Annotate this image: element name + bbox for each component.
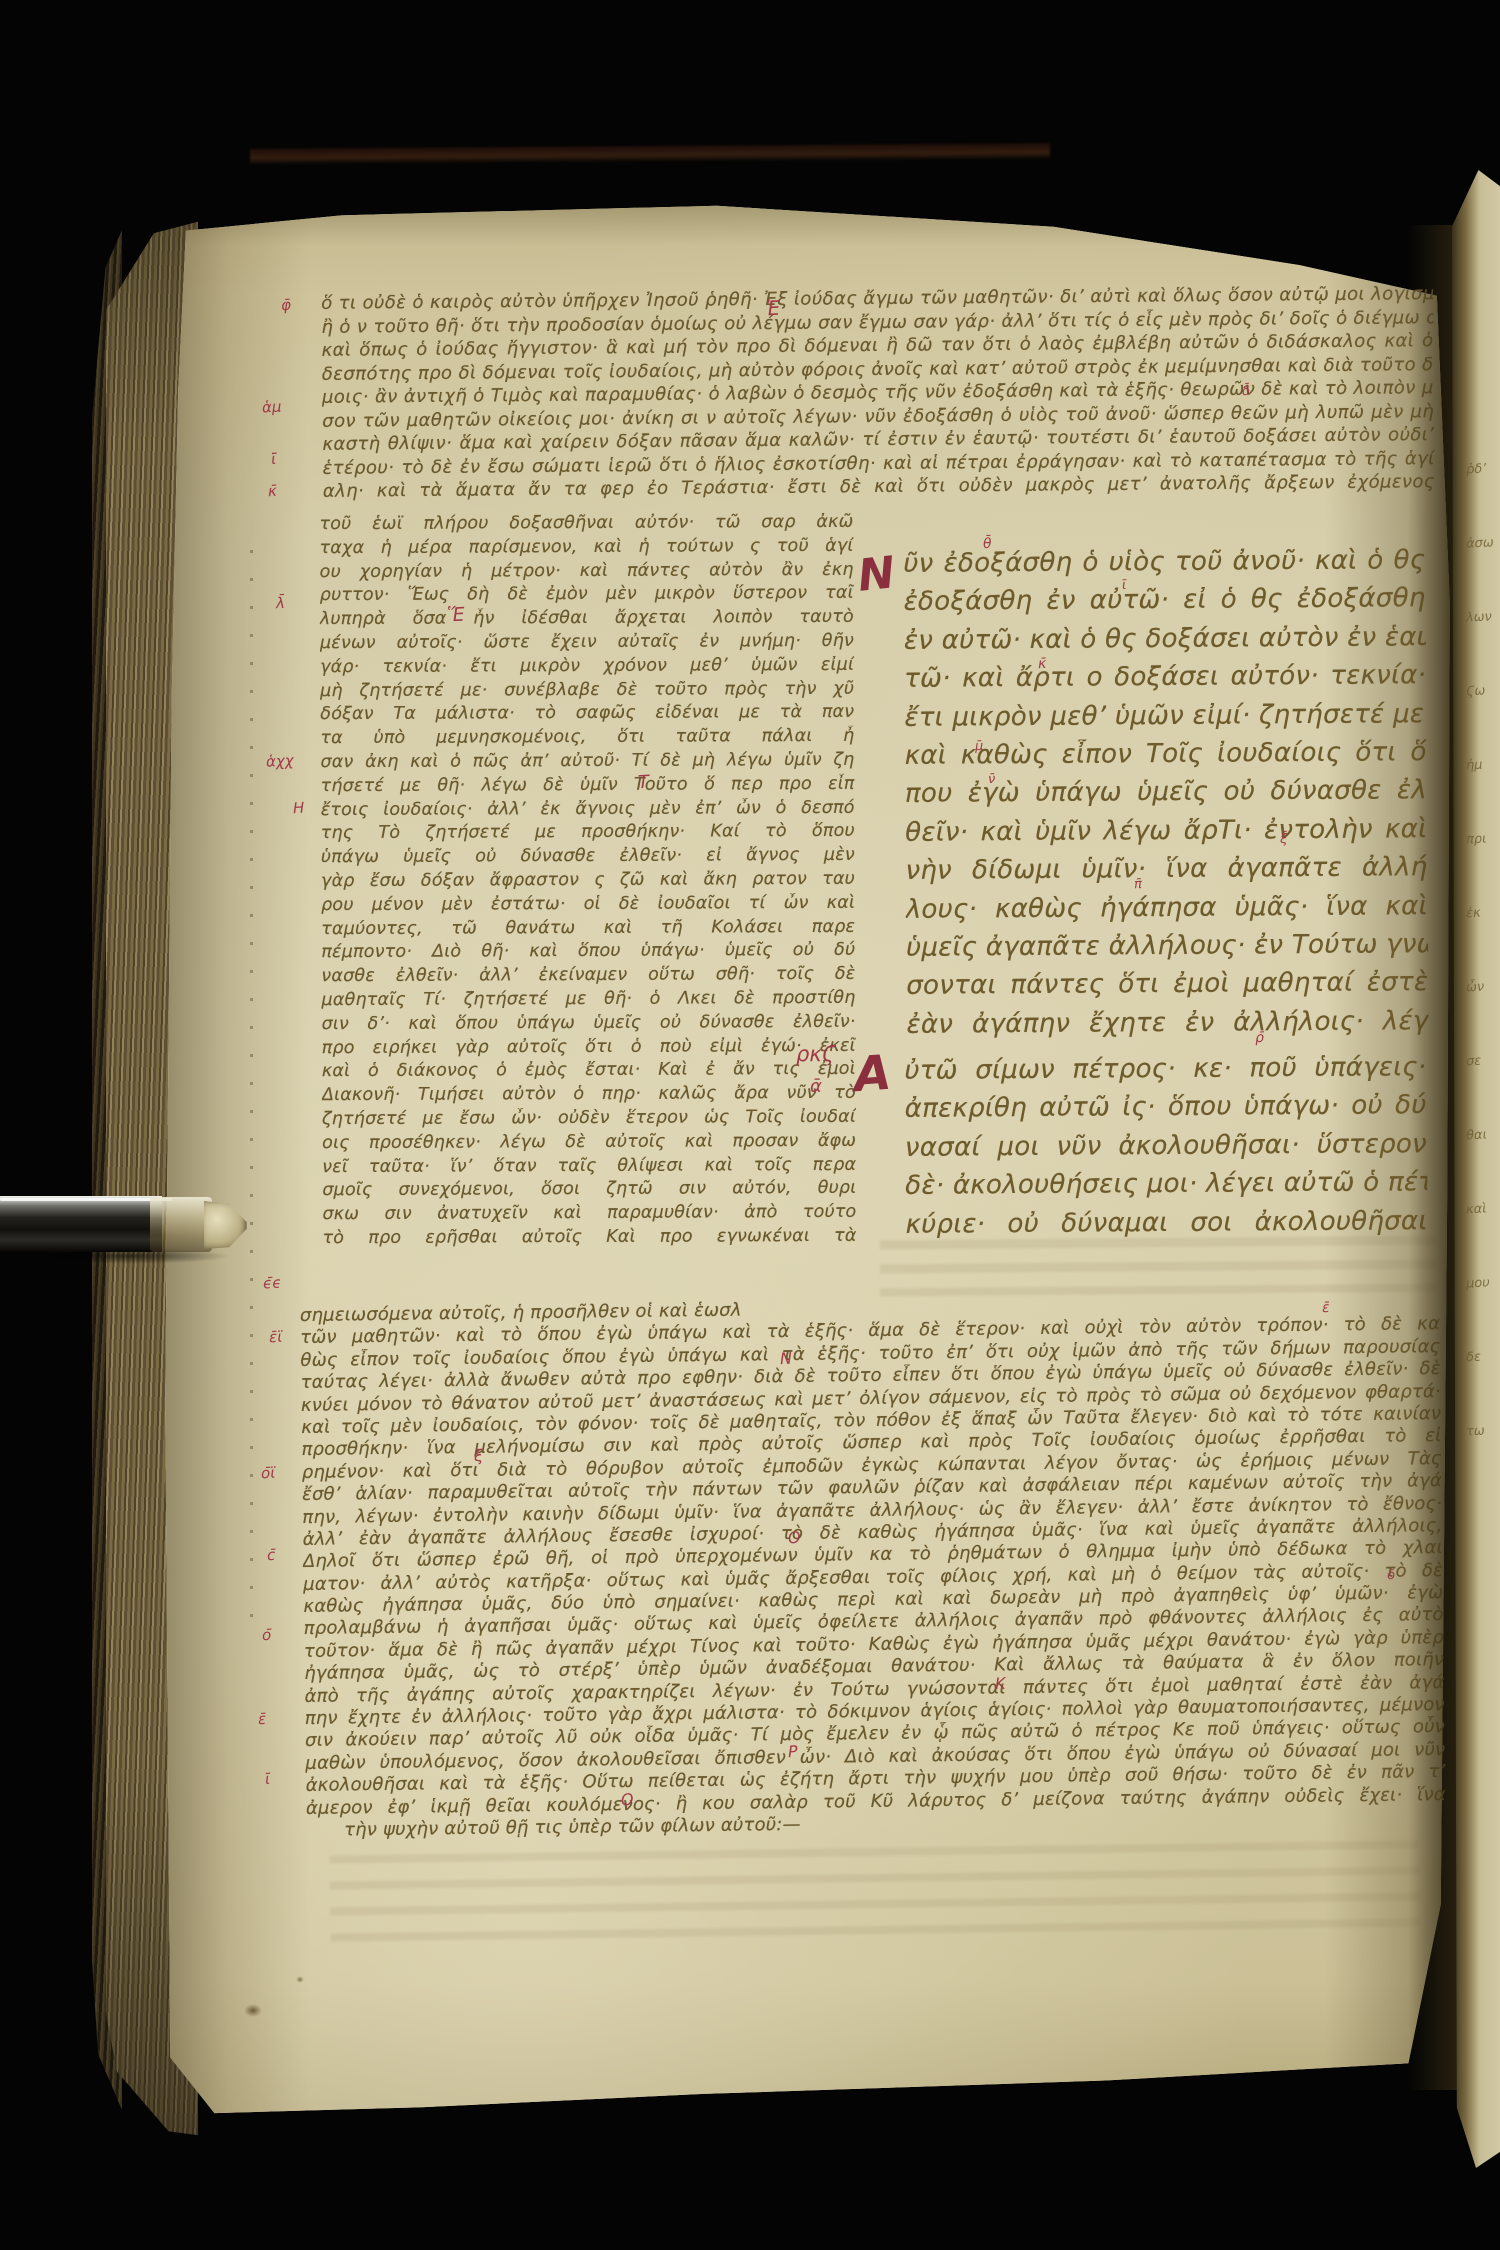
edge-text-fragment: ἀσω bbox=[1466, 535, 1494, 551]
edge-text-fragment: σε bbox=[1466, 1054, 1482, 1070]
text-line: προ ειρήκει γὰρ αὐτοῖς ὅτι ὁ ποὺ εἰμὶ ἐγ… bbox=[322, 1035, 856, 1061]
text-line: σκω σιν ἀνατυχεῖν καὶ παραμυθίαν· ἀπὸ το… bbox=[322, 1202, 856, 1228]
rubric-mark: Ν bbox=[780, 1349, 793, 1369]
bleedthrough-ghost-bottom bbox=[329, 1840, 1420, 1947]
text-line: τοῦ ἑωϊ πλήρου δοξασθῆναι αὐτόν· τῶ σαρ … bbox=[319, 512, 853, 538]
text-line: μένων αὐτοῖς· ὥστε ἔχειν αὐταῖς ἐν μνήμη… bbox=[320, 631, 854, 657]
page-top-shade bbox=[160, 200, 1455, 246]
text-line: νεῖ ταῦτα· ἵν’ ὅταν ταῖς θλίψεσι καὶ τοῖ… bbox=[322, 1154, 856, 1180]
rubric-mark: λ̄ bbox=[276, 594, 286, 612]
bleedthrough-ghost-mid bbox=[880, 1236, 1440, 1297]
text-line: ἔτοις ἰουδαίοις· ἀλλ’ ἐκ ἄγνοις μὲν ἐπ’ … bbox=[321, 797, 855, 823]
ink-blot bbox=[296, 1976, 304, 1983]
text-line: ζητήσετέ με ἔσω ὦν· οὐδὲν ἕτερον ὡς Τοῖς… bbox=[322, 1107, 856, 1133]
rubric-mark: ϊ̄ bbox=[271, 450, 277, 468]
gospel-column-paragraph-1: ῦν ἐδοξάσθη ὁ υἱὸς τοῦ ἀνοῦ· καὶ ὁ θςἐδο… bbox=[903, 545, 1428, 1048]
facing-page-edge: ῥδ’ἀσωλωνϚωἡμπριἐκὦνσεθαικαὶμουδετω bbox=[1452, 162, 1500, 2172]
text-line: ἔτι μικρὸν μεθ’ ὑμῶν εἰμί· ζητήσετέ με· bbox=[904, 699, 1426, 741]
rubric-mark: π̄ bbox=[1134, 877, 1143, 892]
edge-text-fragment: Ϛω bbox=[1466, 684, 1486, 700]
rubric-mark: Κ bbox=[995, 1674, 1006, 1694]
rubric-mark: ο̄ bbox=[262, 1626, 272, 1644]
text-line: νὴν δίδωμι ὑμῖν· ἵνα ἀγαπᾶτε ἀλλή bbox=[905, 852, 1427, 894]
text-line: τήσετέ με θῆ· λέγω δὲ ὑμῖν Τοῦτο ὅ περ π… bbox=[321, 774, 855, 800]
rubric-mark: ϲ̄ bbox=[267, 1546, 276, 1564]
text-line: νασθε ἐλθεῖν· ἀλλ’ ἐκείναμεν οὕτω σθῆ· τ… bbox=[321, 964, 855, 990]
rubric-mark: ῑ bbox=[1122, 578, 1127, 593]
text-line: ὐτῶ σίμων πέτρος· κε· ποῦ ὑπάγεις· bbox=[904, 1052, 1426, 1094]
text-line: ῦν ἐδοξάσθη ὁ υἱὸς τοῦ ἀνοῦ· καὶ ὁ θς bbox=[903, 545, 1425, 587]
rubric-mark: ἁμ bbox=[262, 398, 282, 417]
rod-highlight bbox=[0, 1198, 172, 1201]
text-line: πέμποντο· Διὸ θῆ· καὶ ὅπου ὑπάγω· ὑμεῖς … bbox=[321, 940, 855, 966]
text-line: δὲ· ἀκολουθήσεις μοι· λέγει αὐτῶ ὁ πέτρ bbox=[905, 1167, 1427, 1209]
edge-text-fragment: μου bbox=[1466, 1275, 1491, 1291]
rubric-mark: κ̄ bbox=[1038, 656, 1047, 672]
text-line: ἐν αὐτῶ· καὶ ὁ θς δοξάσει αὐτὸν ἐν ἑαυ bbox=[904, 622, 1426, 664]
text-line: ου χορηγίαν ἡ μέτρον· καὶ πάντες αὐτὸν ἂ… bbox=[320, 559, 854, 585]
rubric-mark: ἁχχ bbox=[266, 751, 295, 770]
rubric-mark: Η bbox=[293, 799, 305, 818]
text-line: λους· καθὼς ἠγάπησα ὑμᾶς· ἵνα καὶ bbox=[906, 891, 1428, 933]
text-line: ὑπάγω ὑμεῖς οὐ δύνασθε ἐλθεῖν· εἰ ἄγνος … bbox=[321, 845, 855, 871]
rod-glass-tip bbox=[204, 1201, 248, 1249]
text-line: οις προσέθηκεν· λέγω δὲ αὐτοῖς καὶ προσα… bbox=[322, 1131, 856, 1157]
edge-text-fragment: δε bbox=[1466, 1350, 1482, 1366]
kephalaion-subscript: ᾱ bbox=[810, 1076, 822, 1097]
text-line: τα ὑπὸ μεμνησκομένοις, ὅτι ταῦτα πάλαι ἦ bbox=[320, 726, 854, 752]
rubric-mark: ῑ bbox=[265, 1770, 271, 1788]
edge-text-fragment: τω bbox=[1466, 1424, 1485, 1440]
edge-text-fragment: λων bbox=[1466, 609, 1493, 625]
text-line: σαν ἀκη καὶ ὁ πῶς ἀπ’ αὐτοῦ· Τί δὲ μὴ λέ… bbox=[320, 750, 854, 776]
rubric-mark: ε̄ϊ bbox=[269, 1328, 283, 1347]
pricking-marks bbox=[250, 550, 253, 1640]
rubric-mark: ξ bbox=[474, 1446, 484, 1465]
text-line: ταχα ἡ μέρα παρίσμενον, καὶ ἡ τούτων ς τ… bbox=[319, 536, 853, 562]
text-line: ἀπεκρίθη αὐτῶ ἰς· ὅπου ὑπάγω· οὐ δύ bbox=[905, 1091, 1427, 1133]
kephalaion-number: ρκϚ̄ bbox=[796, 1042, 835, 1066]
rubric-mark: Ο bbox=[788, 1528, 802, 1548]
rubric-mark: κ̄ bbox=[268, 482, 278, 500]
rubric-mark: ε̄ bbox=[1322, 1300, 1330, 1316]
left-commentary-column: τοῦ ἑωϊ πλήρου δοξασθῆναι αὐτόν· τῶ σαρ … bbox=[319, 512, 856, 1252]
text-line: ἐδοξάσθη ἐν αὐτῶ· εἰ ὁ θς ἐδοξάσθη bbox=[904, 584, 1426, 626]
rubric-mark: ε̄ bbox=[258, 1710, 267, 1728]
rubric-mark: φ̄ bbox=[281, 296, 292, 314]
rubric-mark: Ἐ bbox=[765, 296, 780, 321]
bottom-commentary-block: σημειωσόμενα αὐτοῖς, ἡ προσῆλθεν οἱ καὶ … bbox=[300, 1291, 1446, 1842]
text-line: λυπηρὰ ὅσα ἦν ἰδέσθαι ἄρχεται λοιπὸν ταυ… bbox=[320, 607, 854, 633]
rubric-mark: ξ̄ bbox=[1280, 832, 1288, 847]
gospel-initial-nu: Ν bbox=[855, 547, 897, 602]
text-line: σμοῖς συνεχόμενοι, ὅσοι ζητῶ σιν αὐτόν, … bbox=[322, 1178, 856, 1204]
glass-rod bbox=[0, 1190, 248, 1262]
rod-glass-collar bbox=[150, 1197, 212, 1252]
text-line: μαθηταῖς Τί· ζητήσετέ με θῆ· ὁ Λκει δὲ π… bbox=[321, 988, 855, 1014]
text-line: Διακονῆ· Τιμήσει αὐτὸν ὁ πηρ· καλῶς ἄρα … bbox=[322, 1083, 856, 1109]
text-line: γάρ· τεκνία· ἔτι μικρὸν χρόνον μεθ’ ὑμῶν… bbox=[320, 655, 854, 681]
rubric-mark: Ἕ bbox=[446, 604, 465, 627]
rubric-mark: ο̄ϊ bbox=[261, 1464, 276, 1483]
text-line: δόξαν Τα μάλιστα· τὸ σαφῶς εἰδέναι με τὰ… bbox=[320, 702, 854, 728]
text-line: ἐὰν ἀγάπην ἔχητε ἐν ἀλλήλοις· λέγ bbox=[906, 1006, 1428, 1048]
rubric-mark: μ̄ bbox=[975, 739, 984, 754]
rubric-mark: Ρ bbox=[788, 1742, 799, 1761]
edge-text-fragment: ῥδ’ bbox=[1466, 461, 1487, 477]
rubric-mark: ϵ̄ϵ bbox=[263, 1274, 282, 1293]
text-line: καὶ ὁ διάκονος ὁ ἐμὸς ἔσται· Καὶ ἐ ἄν τι… bbox=[322, 1059, 856, 1085]
text-line: ρυττον· Ἕως δὴ δὲ ἐμὸν μὲν μικρὸν ὕστερο… bbox=[320, 583, 854, 609]
edge-text-fragment: καὶ bbox=[1466, 1201, 1487, 1217]
edge-text-fragment: ἐκ bbox=[1466, 906, 1481, 922]
upper-leaf-edge bbox=[250, 143, 1050, 165]
edge-text-fragment: θαι bbox=[1466, 1127, 1488, 1143]
top-commentary-block: ὅ τι οὐδὲ ὁ καιρὸς αὐτὸν ὑπῆρχεν Ἰησοῦ ῥ… bbox=[321, 283, 1435, 504]
gospel-column-paragraph-2: ὐτῶ σίμων πέτρος· κε· ποῦ ὑπάγεις·ἀπεκρί… bbox=[904, 1052, 1427, 1248]
ink-blot bbox=[244, 2004, 262, 2017]
text-line: μὴ ζητήσετέ με· συνέβλαβε δὲ τοῦτο πρὸς … bbox=[320, 678, 854, 704]
text-line: ταμύοντες, τῶ θανάτω καὶ τῆ Κολάσει παρε bbox=[321, 916, 855, 942]
edge-text-fragment: ἡμ bbox=[1466, 758, 1483, 774]
text-line: σιν δ’· καὶ ὅπου ὑπάγω ὑμεῖς οὐ δύνασθε … bbox=[322, 1012, 856, 1038]
edge-text-fragment: ὦν bbox=[1466, 980, 1485, 996]
rod-body bbox=[0, 1196, 162, 1252]
rubric-mark: Ο bbox=[621, 1790, 635, 1810]
rubric-mark: θ̄ bbox=[983, 536, 992, 552]
gospel-initial-alpha: Α bbox=[852, 1045, 893, 1103]
rubric-mark: ν̄ bbox=[988, 772, 996, 787]
text-line: σονται πάντες ὅτι ἐμοὶ μαθηταί ἐστὲ bbox=[906, 967, 1428, 1009]
rubric-mark: ō bbox=[1387, 1568, 1396, 1583]
rubric-mark: ρ̄ bbox=[1255, 1030, 1265, 1046]
text-line: τὸ προ ερῆσθαι αὐτοῖς Καὶ προ εγνωκέναι … bbox=[323, 1226, 857, 1252]
text-line: ρου μένον μὲν ἐστάτω· οἱ δὲ ἰουδαῖοι τί … bbox=[321, 893, 855, 919]
text-line: γὰρ ἔσω δόξαν ἄφραστον ς ζῶ καὶ ἄκη ρατο… bbox=[321, 869, 855, 895]
edge-text-fragment: πρι bbox=[1466, 831, 1487, 847]
text-line: της Τὸ ζητήσετέ με προσθήκην· Καί τὸ ὅπο… bbox=[321, 821, 855, 847]
rubric-mark: Τ bbox=[637, 772, 649, 794]
text-line: θεῖν· καὶ ὑμῖν λέγω ἄρΤι· ἐντολὴν καὶ bbox=[905, 814, 1427, 856]
rubric-mark: δ̄ bbox=[1242, 384, 1251, 399]
text-line: που ἐγὼ ὑπάγω ὑμεῖς οὐ δύνασθε ἐλ bbox=[905, 776, 1427, 818]
gutter-shadow bbox=[160, 200, 310, 2115]
text-line: ὑμεῖς ἀγαπᾶτε ἀλλήλους· ἐν Τούτω γνω bbox=[906, 929, 1428, 971]
text-line: νασαί μοι νῦν ἀκολουθῆσαι· ὕστερον bbox=[905, 1129, 1427, 1171]
text-line: τῶ· καὶ ἄρτι ο δοξάσει αὐτόν· τεκνία· bbox=[904, 660, 1426, 702]
manuscript-photo: ὅ τι οὐδὲ ὁ καιρὸς αὐτὸν ὑπῆρχεν Ἰησοῦ ῥ… bbox=[0, 0, 1500, 2250]
